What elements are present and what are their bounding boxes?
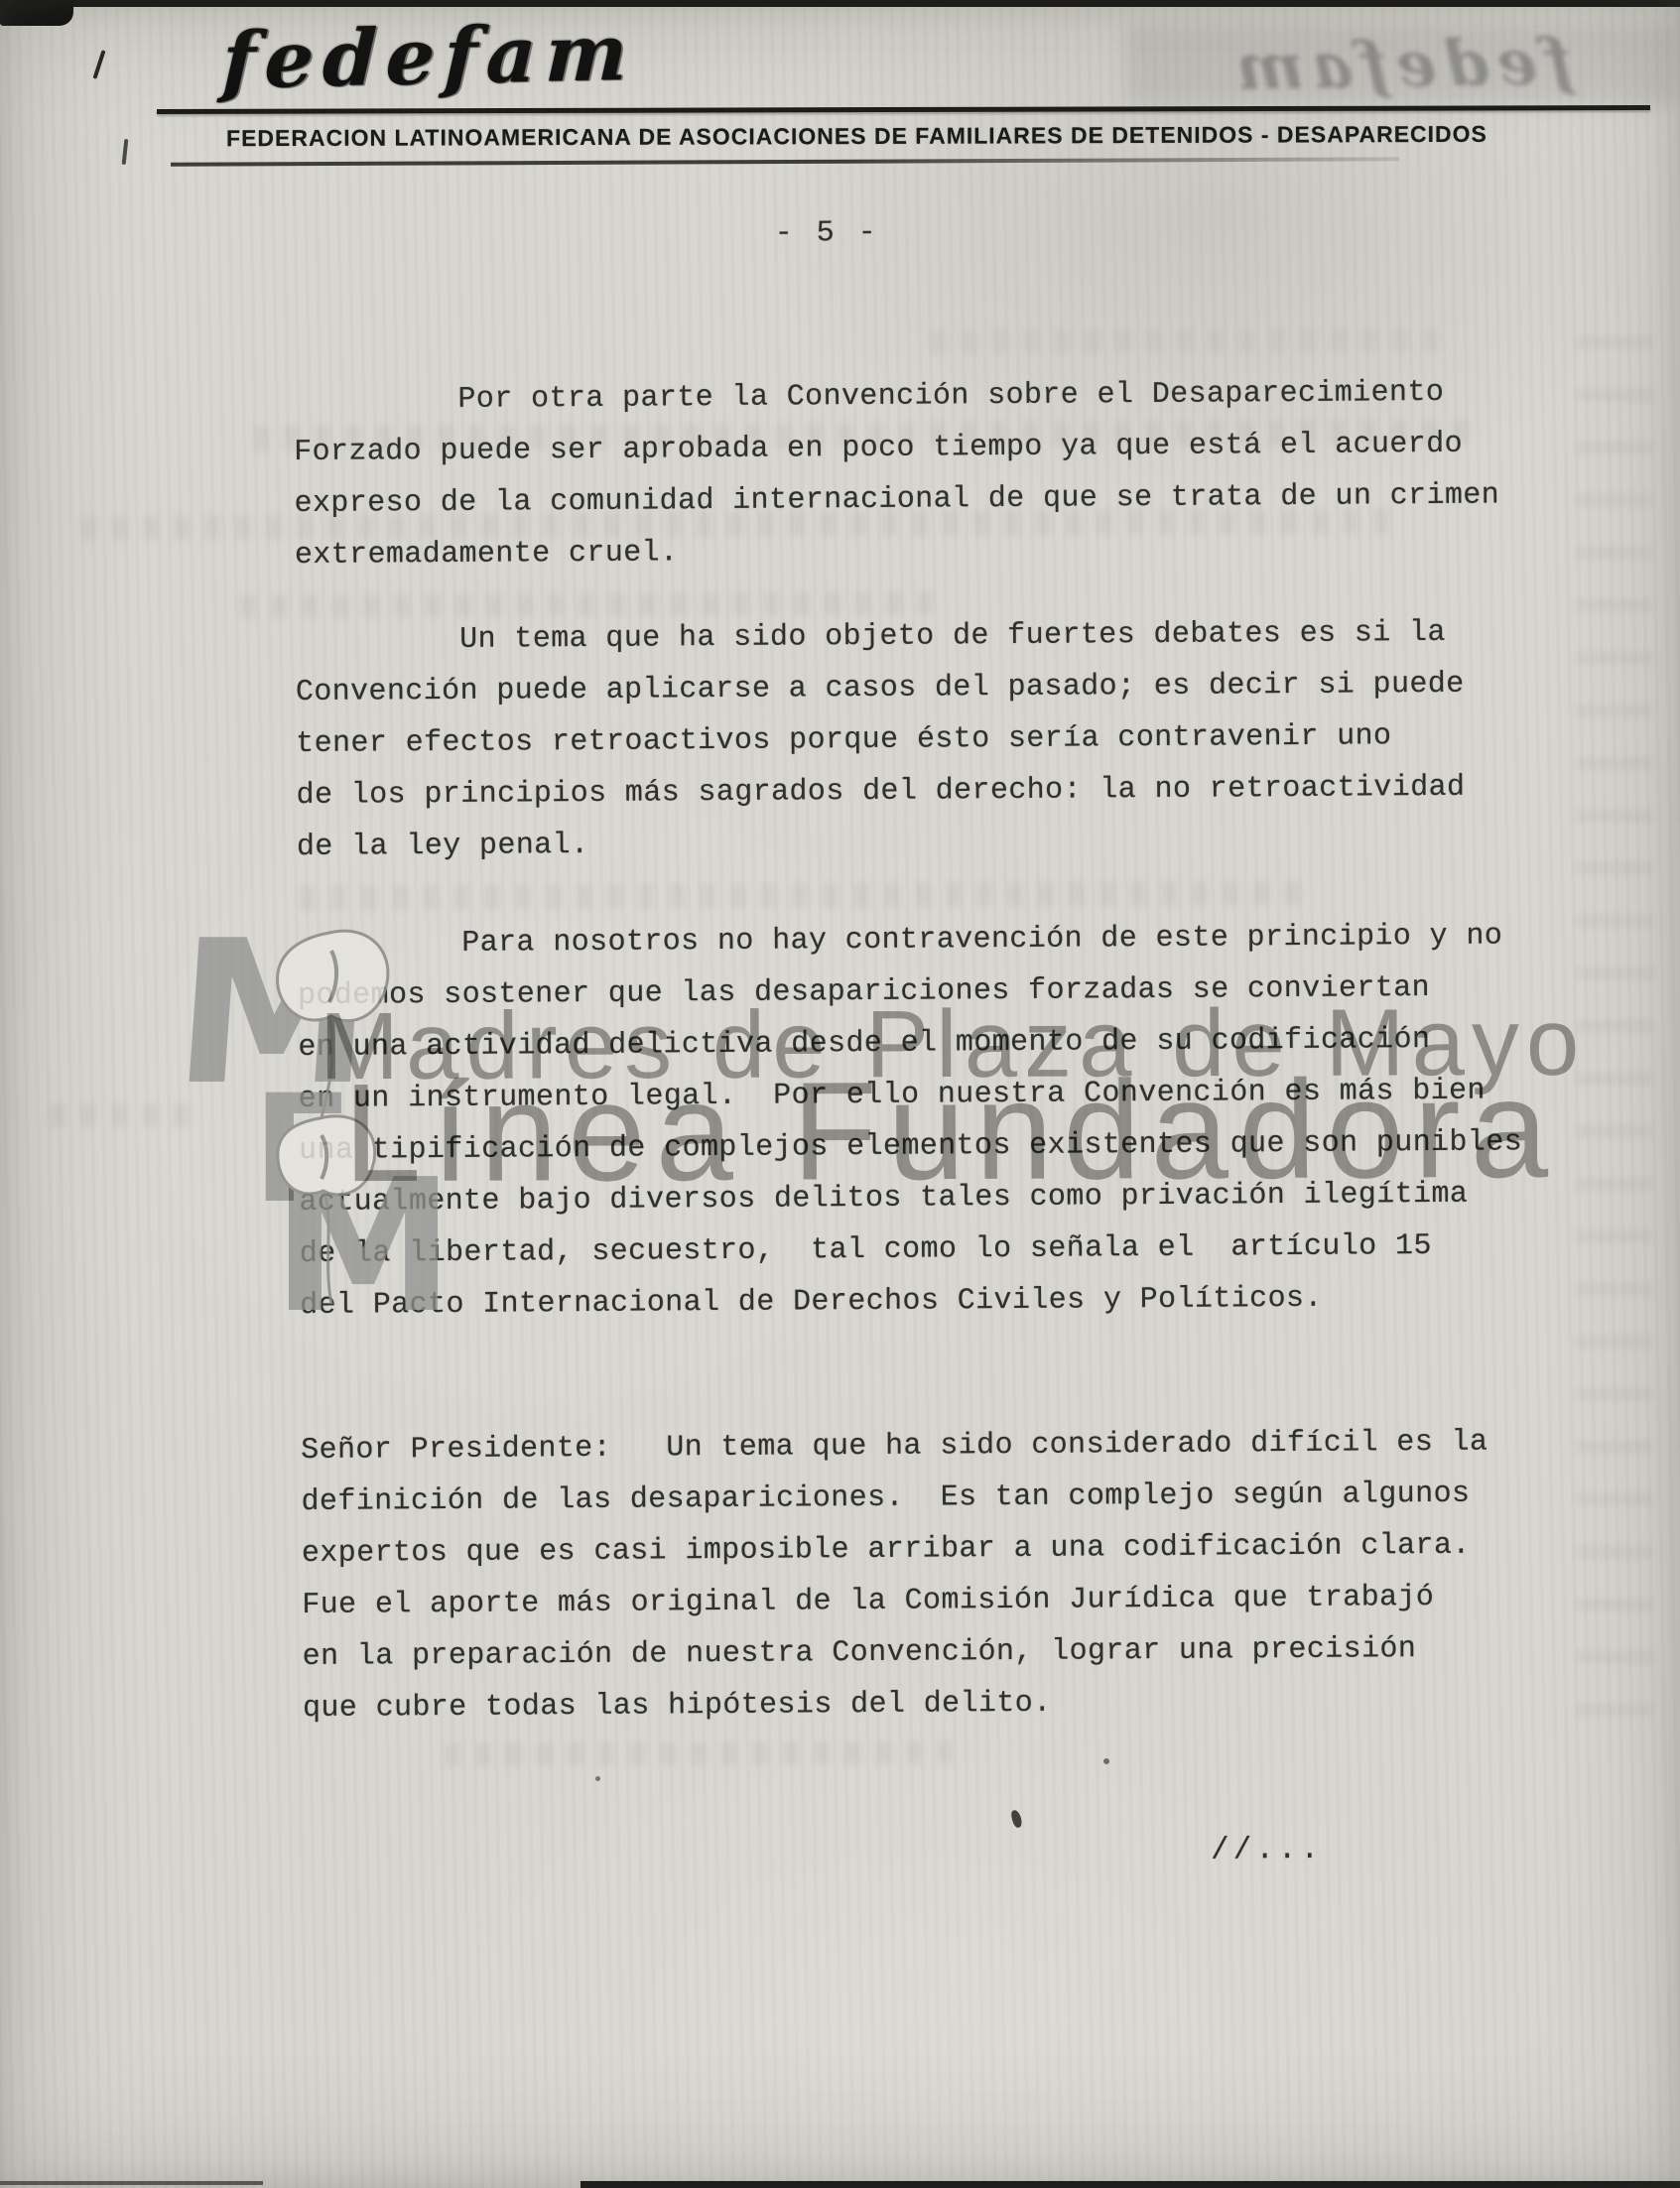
- paragraph-2: Un tema que ha sido objeto de fuertes de…: [295, 606, 1557, 873]
- paragraph-1: Por otra parte la Convención sobre el De…: [294, 366, 1555, 581]
- paragraph-4: Señor Presidente: Un tema que ha sido co…: [301, 1416, 1563, 1735]
- scanned-document-page: fedefam fedefam FEDERACION LATINOAMERICA…: [0, 0, 1680, 2188]
- watermark-text-line2: Línea Fundadora: [343, 1048, 1559, 1214]
- page-number: - 5 -: [775, 216, 879, 251]
- continuation-mark: //...: [1211, 1833, 1323, 1868]
